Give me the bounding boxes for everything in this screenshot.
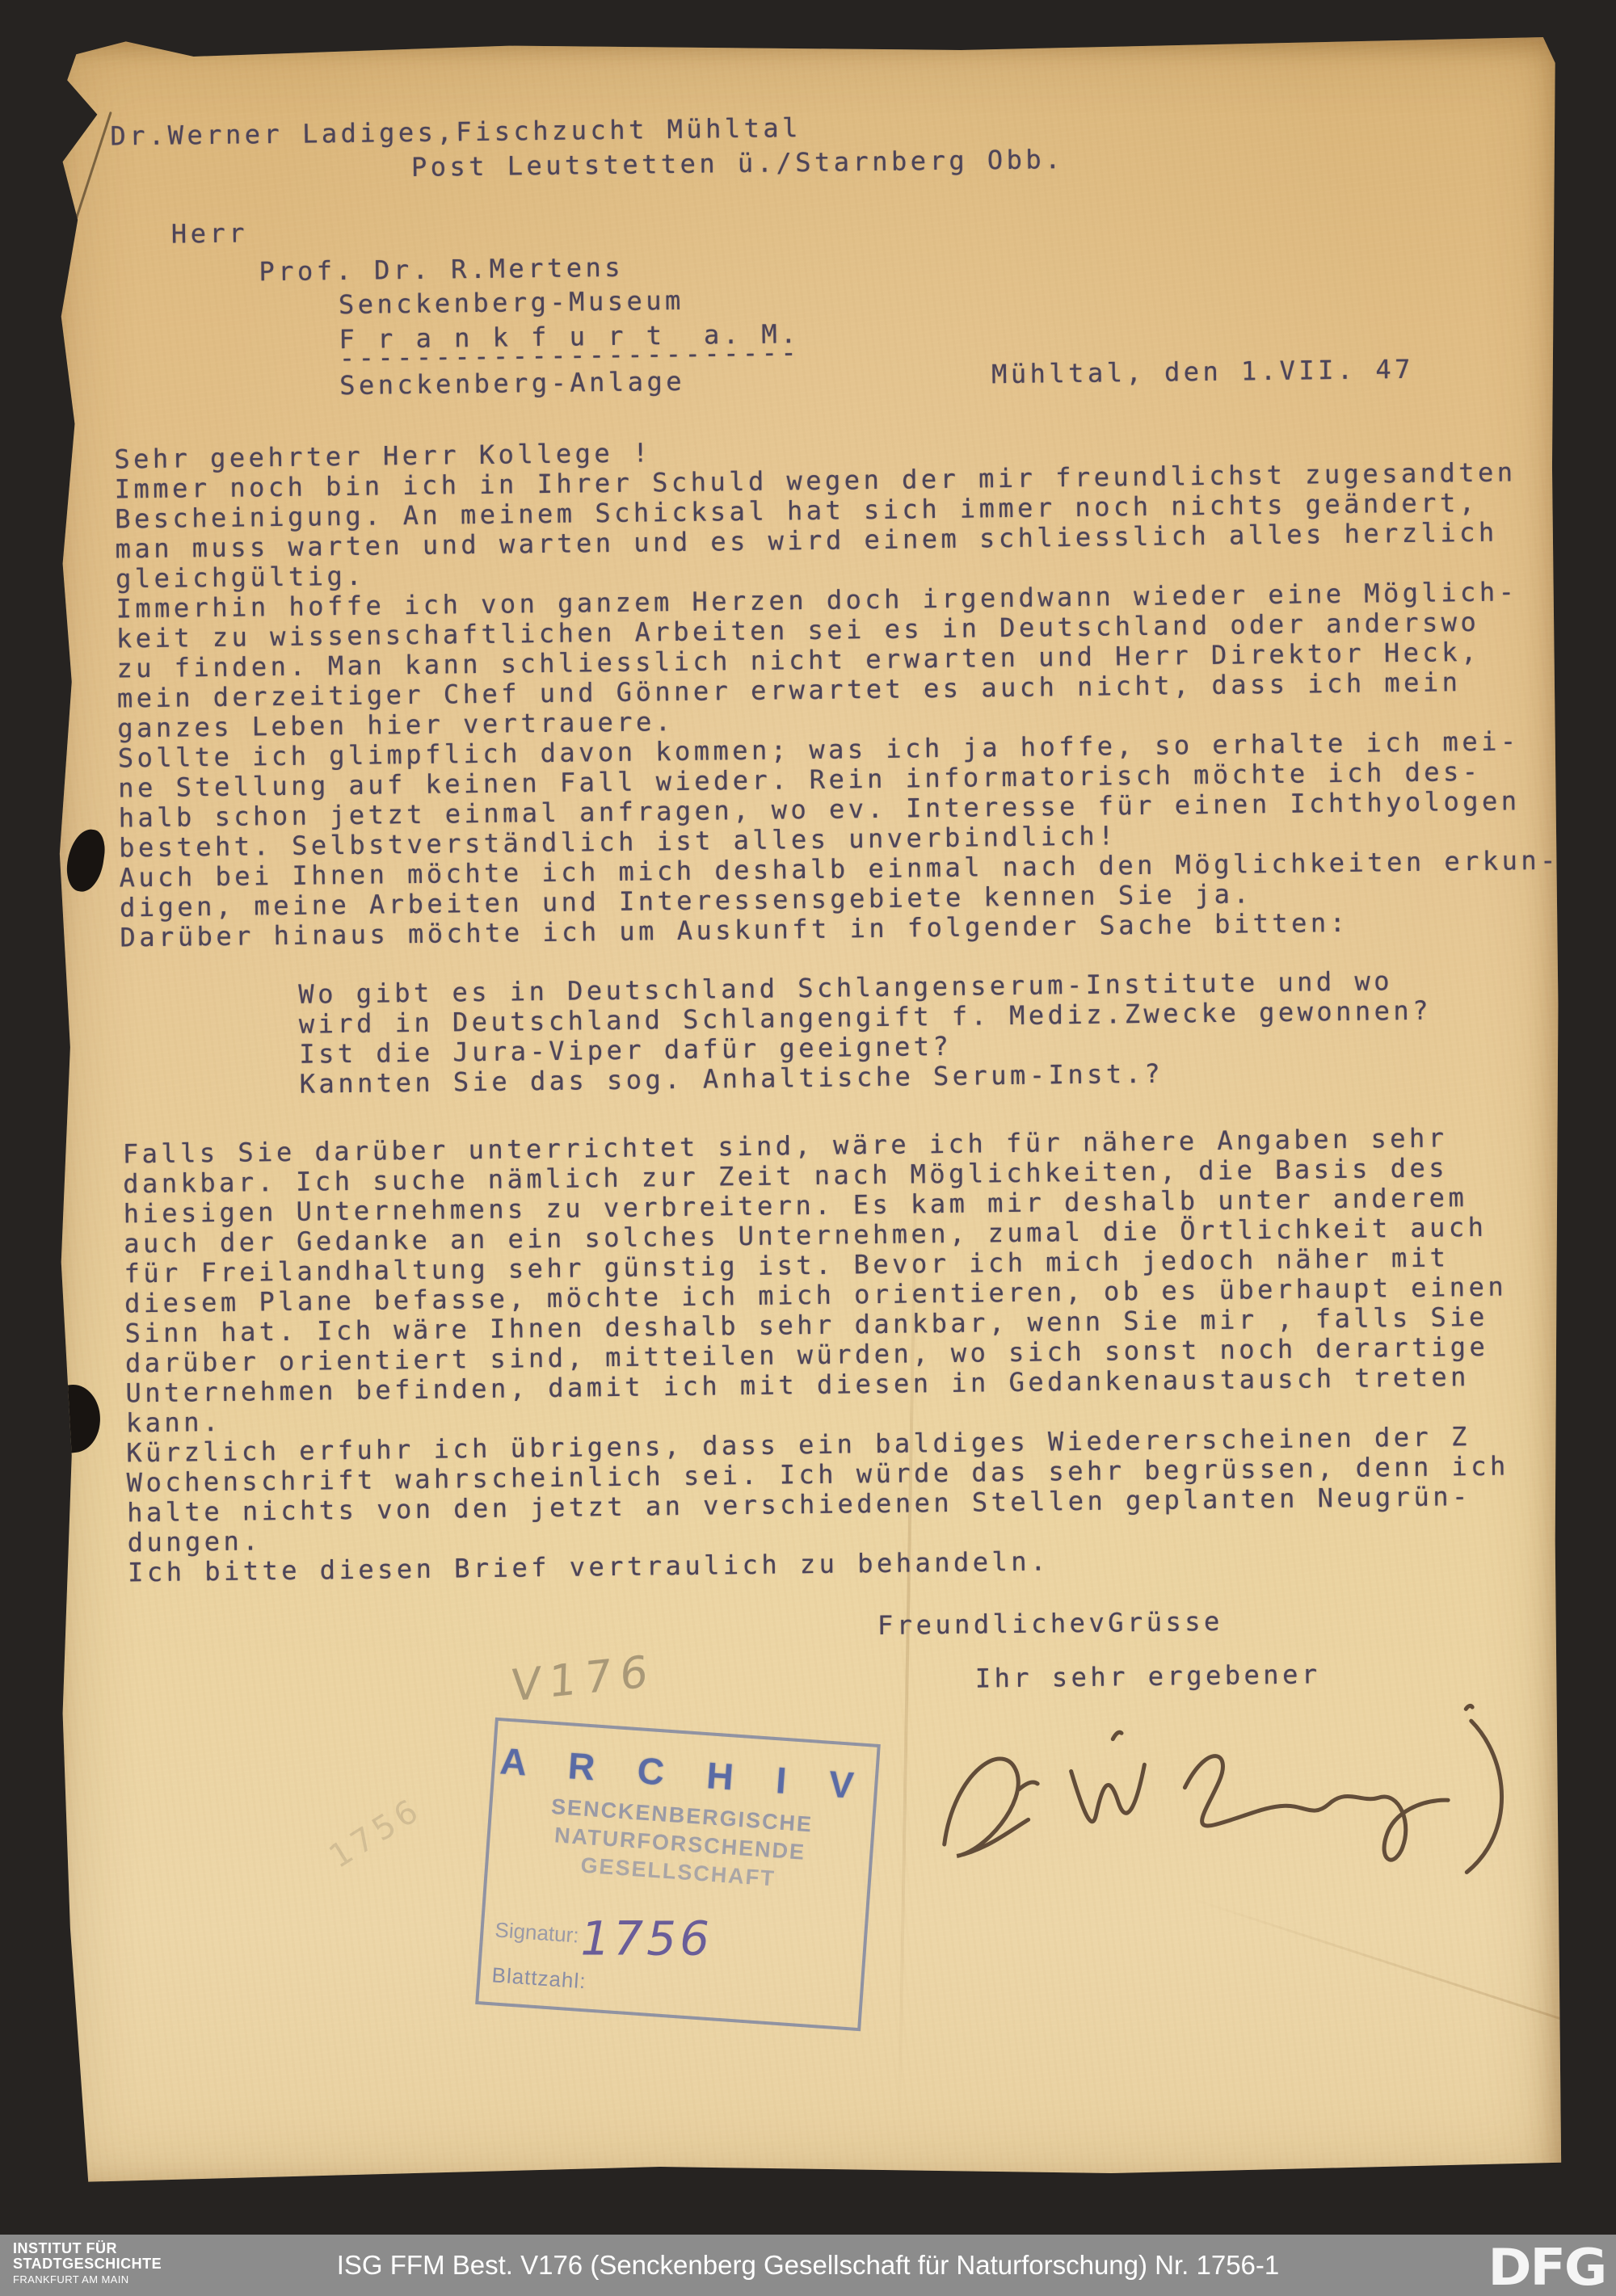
recipient-name: Prof. Dr. R.Mertens — [259, 253, 624, 288]
stamp-blattzahl-label: Blattzahl: — [491, 1962, 587, 1994]
stamp-signatur-label: Signatur: — [494, 1917, 580, 1948]
recipient-institution: Senckenberg-Museum — [339, 286, 684, 320]
recipient-street: Senckenberg-Anlage — [339, 367, 685, 401]
dfg-logo: DFG — [1488, 2238, 1606, 2296]
body-block-1: Immer noch bin ich in Ihrer Schuld wegen… — [115, 457, 1561, 953]
closing-greeting: FreundlichevGrüsse — [877, 1607, 1223, 1641]
stamp-signatur-value: 1756 — [580, 1911, 713, 1966]
sender-line1: Dr.Werner Ladiges,Fischzucht Mühltal — [110, 113, 802, 151]
body-block-2: Falls Sie darüber unterrichtet sind, wär… — [123, 1123, 1511, 1588]
archive-footer-bar: INSTITUT FÜR STADTGESCHICHTE FRANKFURT A… — [0, 2235, 1616, 2296]
archive-reference-caption: ISG FFM Best. V176 (Senckenberg Gesellsc… — [0, 2235, 1616, 2296]
recipient-salutation: Herr — [171, 218, 249, 249]
letter-page: Dr.Werner Ladiges,Fischzucht Mühltal Pos… — [58, 37, 1563, 2186]
dateline: Mühltal, den 1.VII. 47 — [991, 355, 1414, 389]
scan-viewer: Dr.Werner Ladiges,Fischzucht Mühltal Pos… — [0, 0, 1616, 2296]
question-block: Wo gibt es in Deutschland Schlangenserum… — [298, 966, 1433, 1100]
sender-line2: Post Leutstetten ü./Starnberg Obb. — [411, 145, 1064, 183]
handwritten-signature — [894, 1674, 1548, 1927]
archive-stamp: A R C H I V SENCKENBERGISCHE NATURFORSCH… — [475, 1718, 881, 2031]
